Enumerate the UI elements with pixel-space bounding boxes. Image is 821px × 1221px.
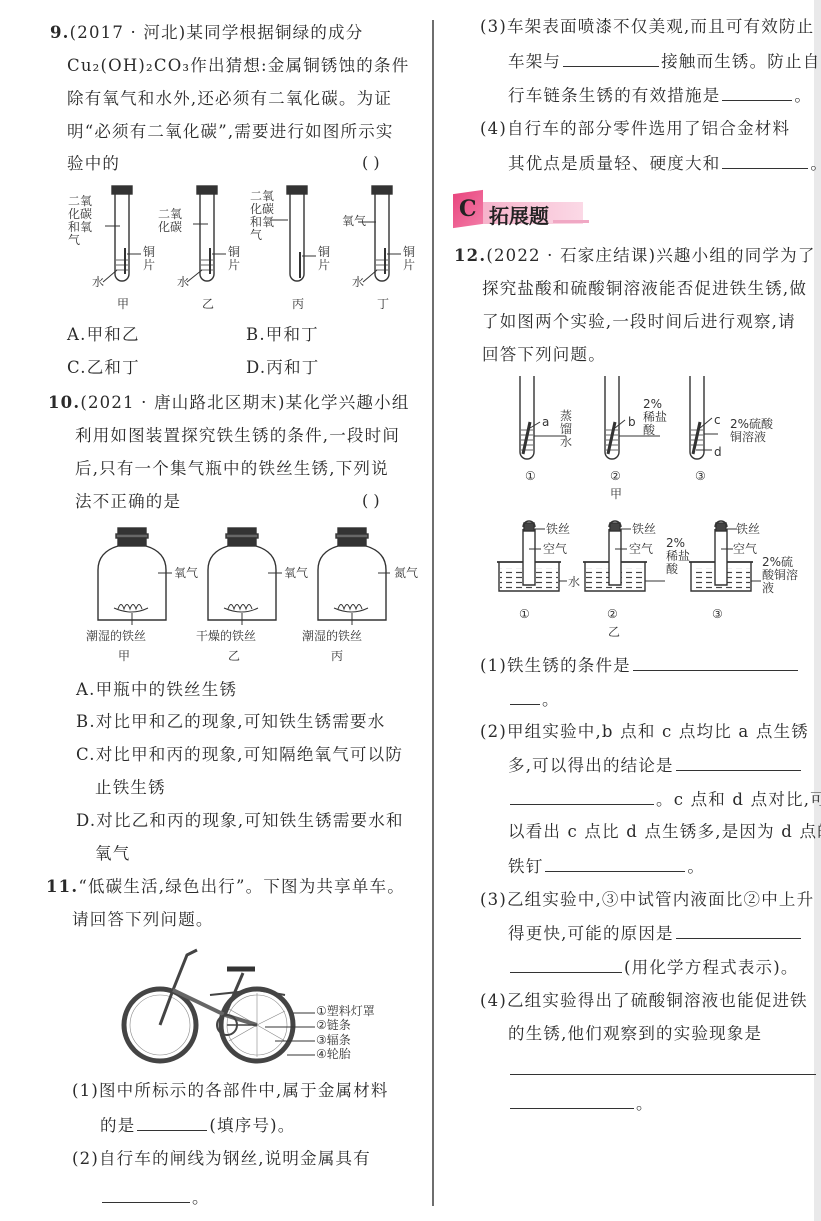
- q10-bottle-bing-wire: 潮湿的铁丝: [302, 630, 362, 643]
- option-key: D.: [246, 358, 266, 377]
- q11-line-2: 请回答下列问题。: [72, 909, 214, 931]
- q12-sub3-line-3: (用化学方程式表示)。: [508, 956, 799, 979]
- q10-option-a[interactable]: A.甲瓶中的铁丝生锈: [76, 679, 237, 701]
- q12-yi-air-1: 空气: [543, 543, 567, 556]
- q12-sub3-answer-blank-2[interactable]: [510, 956, 622, 973]
- q11-sub3-line-3: 行车链条生锈的有效措施是。: [508, 84, 812, 107]
- q9-tube-yi-metal-label: 铜片: [228, 246, 242, 272]
- worksheet-page: 9.(2017 · 河北)某同学根据铜绿的成分 Cu₂(OH)₂CO₃作出猜想:…: [0, 0, 821, 1221]
- option-key: D.: [76, 811, 96, 830]
- q12-sub2-end: 。: [687, 857, 705, 876]
- q11-line-1: 11.“低碳生活,绿色出行”。下图为共享单车。: [46, 876, 405, 898]
- option-text: 乙和丁: [87, 358, 140, 377]
- q12-sub1-line-2: 。: [508, 688, 560, 711]
- option-key: C.: [76, 745, 96, 764]
- q9-tube-jia-gas-label: 二氧化碳和氧气: [68, 195, 96, 247]
- q9-number: 9.: [50, 23, 70, 42]
- q10-bottle-bing-gas: 氮气: [394, 567, 418, 580]
- q11-sub1-line-1: (1)图中所标示的各部件中,属于金属材料: [72, 1080, 389, 1102]
- q12-sub2-answer-blank-3[interactable]: [545, 855, 685, 872]
- q11-sub3-line-1: (3)车架表面喷漆不仅美观,而且可有效防止: [480, 16, 814, 38]
- q12-sub2-answer-blank-2[interactable]: [510, 788, 654, 805]
- q10-bottle-yi-wire: 干燥的铁丝: [196, 630, 256, 643]
- q9-tube-bing-metal-label: 铜片: [318, 246, 332, 272]
- q12-jia-num-2: ②: [610, 470, 621, 483]
- q11-sub3-mid: 接触而生锈。防止自: [661, 52, 820, 71]
- q10-bottle-yi-gas: 氧气: [284, 567, 308, 580]
- q12-sub3-line-2: 得更快,可能的原因是: [508, 922, 803, 945]
- q12-jia-num-3: ③: [695, 470, 706, 483]
- q9-tube-yi-gas-label: 二氧化碳: [158, 208, 186, 234]
- q12-sub1-end: 。: [542, 690, 560, 709]
- q11-sub4-line-1: (4)自行车的部分零件选用了铝合金材料: [480, 118, 790, 140]
- q12-yi-liquid-2: 2%稀盐酸: [666, 537, 690, 576]
- q12-jia-point-d: d: [714, 446, 722, 459]
- option-key: A.: [67, 325, 87, 344]
- q12-jia-num-1: ①: [525, 470, 536, 483]
- q11-bicycle-figure: [115, 945, 325, 1070]
- q12-sub2-text: 多,可以得出的结论是: [508, 756, 674, 775]
- q12-jia-group-label: 甲: [610, 488, 622, 501]
- q12-jia-point-a: a: [542, 416, 549, 429]
- q12-sub3-text: 得更快,可能的原因是: [508, 924, 674, 943]
- q12-sub1-line-1: (1)铁生锈的条件是: [480, 654, 800, 677]
- q11-sub4-line-2: 其优点是质量轻、硬度大和。: [508, 152, 821, 175]
- q12-jia-liquid-2: 2%稀盐酸: [643, 398, 667, 437]
- section-letter: C: [459, 196, 477, 222]
- q12-sub2-line-1: (2)甲组实验中,b 点和 c 点均比 a 点生锈: [480, 721, 809, 743]
- section-title: 拓展题: [489, 200, 549, 229]
- q12-sub4-line-3: [508, 1058, 818, 1081]
- section-underline: [553, 220, 589, 223]
- q9-line-3: 除有氧气和水外,还必须有二氧化碳。为证: [67, 88, 392, 110]
- q11-number: 11.: [46, 877, 78, 896]
- q12-sub2-line-3: 。c 点和 d 点对比,可: [508, 788, 821, 811]
- q10-bottles-figure: [90, 525, 390, 625]
- q9-tube-bing-name: 丙: [292, 298, 304, 311]
- q9-line-1: 9.(2017 · 河北)某同学根据铜绿的成分: [50, 22, 363, 44]
- q9-option-c[interactable]: C.乙和丁: [67, 357, 140, 379]
- q9-line-5: 验中的: [67, 153, 120, 175]
- q12-sub3-line-1: (3)乙组实验中,③中试管内液面比②中上升: [480, 889, 814, 911]
- q12-jia-point-b: b: [628, 416, 636, 429]
- q10-option-d-cont: 氧气: [95, 843, 130, 865]
- q12-yi-air-2: 空气: [629, 543, 653, 556]
- q12-sub1-answer-blank-2[interactable]: [510, 688, 540, 705]
- q12-sub3-answer-blank-1[interactable]: [676, 922, 801, 939]
- q12-yi-wire-1: 铁丝: [546, 523, 570, 536]
- q9-tube-ding-metal-label: 铜片: [403, 246, 417, 272]
- q12-sub4-answer-blank-1[interactable]: [510, 1058, 816, 1075]
- q12-sub2-cont: 。c 点和 d 点对比,可: [656, 790, 821, 809]
- q10-answer-paren[interactable]: ( ): [362, 491, 380, 510]
- q12-line-4: 回答下列问题。: [482, 344, 606, 366]
- q9-answer-paren[interactable]: ( ): [362, 153, 380, 172]
- q9-option-d[interactable]: D.丙和丁: [246, 357, 319, 379]
- option-text: 甲和丁: [266, 325, 319, 344]
- q9-tube-yi-name: 乙: [202, 298, 214, 311]
- option-key: B.: [246, 325, 266, 344]
- q12-yi-num-2: ②: [607, 608, 618, 621]
- q11-sub4-text: 其优点是质量轻、硬度大和: [508, 154, 720, 173]
- option-text: 对比甲和丙的现象,可知隔绝氧气可以防: [96, 745, 403, 764]
- q9-tube-ding-gas-label: 氧气: [342, 215, 370, 228]
- q12-line-2: 探究盐酸和硫酸铜溶液能否促进铁生锈,做: [482, 278, 807, 300]
- q11-sub3-line-2: 车架与接触而生锈。防止自: [508, 50, 820, 73]
- q11-sub3-end: 。: [794, 86, 812, 105]
- q11-sub3-answer-blank-1[interactable]: [563, 50, 659, 67]
- q12-yi-wire-3: 铁丝: [736, 523, 760, 536]
- q12-yi-liquid-1: 水: [568, 576, 580, 589]
- option-key: A.: [76, 680, 96, 699]
- scrollbar-track[interactable]: [814, 0, 821, 1221]
- q11-sub3-answer-blank-2[interactable]: [722, 84, 792, 101]
- q9-test-tubes-figure: [65, 182, 425, 312]
- q9-tube-ding-name: 丁: [377, 298, 389, 311]
- option-text: 丙和丁: [266, 358, 319, 377]
- q9-water-label-jia: 水: [92, 276, 104, 289]
- option-text: 对比乙和丙的现象,可知铁生锈需要水和: [96, 811, 403, 830]
- q10-option-b[interactable]: B.对比甲和乙的现象,可知铁生锈需要水: [76, 711, 385, 733]
- column-divider: [432, 20, 434, 1206]
- q12-text: (2022 · 石家庄结课)兴趣小组的同学为了: [486, 246, 815, 265]
- q11-sub4-answer-blank[interactable]: [722, 152, 808, 169]
- q11-part-1: ①塑料灯罩: [316, 1005, 375, 1018]
- q10-bottle-jia-name: 甲: [118, 650, 130, 663]
- q12-number: 12.: [454, 246, 486, 265]
- q9-option-b[interactable]: B.甲和丁: [246, 324, 319, 346]
- q9-water-label-yi: 水: [177, 276, 189, 289]
- q12-sub2-line-4: 以看出 c 点比 d 点生锈多,是因为 d 点的: [508, 821, 821, 843]
- q11-sub2-answer-blank[interactable]: [102, 1186, 190, 1203]
- q12-yi-liquid-3: 2%硫酸铜溶液: [762, 556, 802, 595]
- q12-yi-group-label: 乙: [608, 626, 620, 639]
- q12-line-1: 12.(2022 · 石家庄结课)兴趣小组的同学为了: [454, 245, 816, 267]
- q12-yi-num-1: ①: [519, 608, 530, 621]
- q11-part-2: ②链条: [316, 1019, 351, 1032]
- q12-sub4-line-1: (4)乙组实验得出了硫酸铜溶液也能促进铁: [480, 990, 808, 1012]
- q11-sub2-line-1: (2)自行车的闸线为钢丝,说明金属具有: [72, 1148, 371, 1170]
- q11-sub1-line-2: 的是(填序号)。: [100, 1114, 295, 1137]
- q11-part-3: ③辐条: [316, 1034, 351, 1047]
- q11-sub2-end: 。: [192, 1188, 210, 1207]
- section-header-extension: C 拓展题: [453, 190, 593, 230]
- q9-line-2: Cu₂(OH)₂CO₃作出猜想:金属铜锈蚀的条件: [67, 55, 409, 77]
- q10-line-3: 后,只有一个集气瓶中的铁丝生锈,下列说: [75, 458, 389, 480]
- q9-tube-jia-name: 甲: [117, 298, 129, 311]
- q10-bottle-yi-name: 乙: [228, 650, 240, 663]
- q10-bottle-jia-wire: 潮湿的铁丝: [86, 630, 146, 643]
- q12-jia-liquid-1: 蒸馏水: [560, 410, 574, 449]
- q12-sub1-answer-blank-1[interactable]: [633, 654, 798, 671]
- q11-sub3-text: 行车链条生锈的有效措施是: [508, 86, 720, 105]
- q12-sub2-line-5: 铁钉。: [508, 855, 705, 878]
- q11-sub1-suffix: (填序号)。: [209, 1116, 295, 1135]
- q12-sub2-answer-blank-1[interactable]: [676, 754, 801, 771]
- option-text: 甲和乙: [87, 325, 140, 344]
- q9-tube-bing-gas-label: 二氧化碳和氧气: [250, 190, 278, 242]
- q9-tube-jia-metal-label: 铜片: [143, 246, 157, 272]
- q12-sub2-line-2: 多,可以得出的结论是: [508, 754, 803, 777]
- q10-bottle-jia-gas: 氧气: [174, 567, 198, 580]
- q12-sub1-text: (1)铁生锈的条件是: [480, 656, 631, 675]
- q9-option-a[interactable]: A.甲和乙: [67, 324, 140, 346]
- q11-sub3-prefix: 车架与: [508, 52, 561, 71]
- q11-part-4: ④轮胎: [316, 1048, 351, 1061]
- q9-water-label-ding: 水: [352, 276, 364, 289]
- option-key: C.: [67, 358, 87, 377]
- q11-text: “低碳生活,绿色出行”。下图为共享单车。: [78, 877, 405, 896]
- q10-line-2: 利用如图装置探究铁生锈的条件,一段时间: [75, 425, 400, 447]
- q11-sub1-answer-blank[interactable]: [137, 1114, 207, 1131]
- q12-sub3-suffix: (用化学方程式表示)。: [624, 958, 799, 977]
- q12-sub4-line-2: 的生锈,他们观察到的实验现象是: [508, 1023, 762, 1045]
- q12-yi-num-3: ③: [712, 608, 723, 621]
- q12-jia-liquid-3: 2%硫酸铜溶液: [730, 418, 780, 444]
- q10-option-c[interactable]: C.对比甲和丙的现象,可知隔绝氧气可以防: [76, 744, 403, 766]
- q11-sub2-line-2: 。: [100, 1186, 210, 1209]
- q12-line-3: 了如图两个实验,一段时间后进行观察,请: [482, 311, 796, 333]
- q10-text: (2021 · 唐山路北区期末)某化学兴趣小组: [80, 393, 409, 412]
- option-key: B.: [76, 712, 96, 731]
- q10-line-4: 法不正确的是: [75, 491, 181, 513]
- q10-number: 10.: [48, 393, 80, 412]
- q10-line-1: 10.(2021 · 唐山路北区期末)某化学兴趣小组: [48, 392, 410, 414]
- q11-sub1-prefix: 的是: [100, 1116, 135, 1135]
- option-text: 对比甲和乙的现象,可知铁生锈需要水: [96, 712, 386, 731]
- q12-jia-point-c: c: [714, 414, 721, 427]
- q10-option-c-cont: 止铁生锈: [95, 777, 166, 799]
- option-text: 甲瓶中的铁丝生锈: [96, 680, 238, 699]
- q12-yi-wire-2: 铁丝: [632, 523, 656, 536]
- q10-bottle-bing-name: 丙: [331, 650, 343, 663]
- q12-yi-air-3: 空气: [733, 543, 757, 556]
- q10-option-d[interactable]: D.对比乙和丙的现象,可知铁生锈需要水和: [76, 810, 404, 832]
- q12-sub4-end: 。: [636, 1094, 654, 1113]
- q9-line-4: 明“必须有二氧化碳”,需要进行如图所示实: [67, 121, 394, 143]
- q9-text: (2017 · 河北)某同学根据铜绿的成分: [70, 23, 364, 42]
- q12-sub2-prefix: 铁钉: [508, 857, 543, 876]
- q11-sub4-end: 。: [810, 154, 821, 173]
- q12-sub4-line-4: 。: [508, 1092, 654, 1115]
- q12-sub4-answer-blank-2[interactable]: [510, 1092, 634, 1109]
